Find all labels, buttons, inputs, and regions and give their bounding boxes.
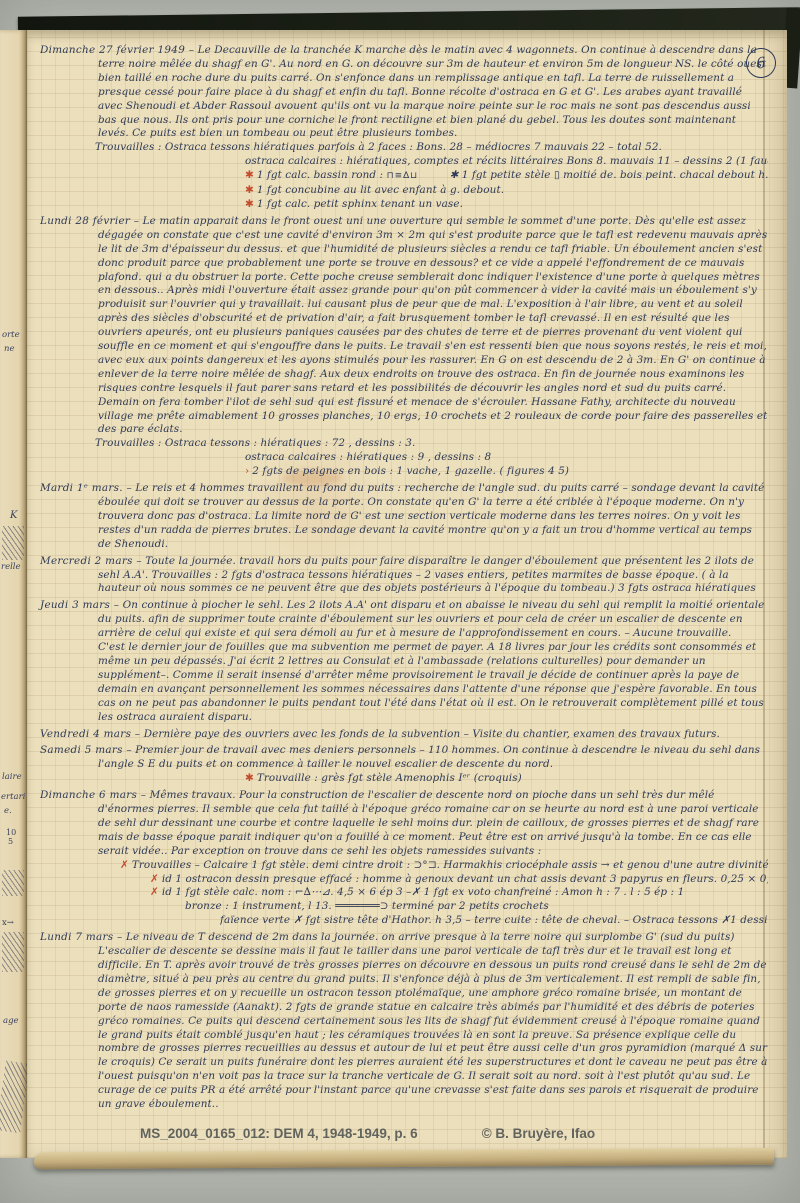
margin-fragment: laire	[2, 772, 22, 782]
entry-date: Dimanche 27 février 1949 –	[40, 44, 194, 56]
journal-entry: Dimanche 27 février 1949 – Le Decauville…	[40, 44, 768, 212]
entry-date: Mercredi 2 mars –	[40, 555, 142, 567]
page-stack-edge	[34, 1148, 774, 1170]
journal-entry: Samedi 5 mars – Premier jour de travail …	[40, 744, 768, 786]
finds-line: Trouvailles : Ostraca tessons : hiératiq…	[95, 437, 768, 451]
entry-date: Mardi 1ᵉ mars. –	[40, 482, 132, 494]
margin-fragment: relle	[1, 562, 21, 572]
margin-fragment: age	[3, 1016, 19, 1026]
journal-entry: Mercredi 2 mars – Toute la journée. trav…	[40, 555, 768, 597]
entry-date: Jeudi 3 mars –	[40, 599, 119, 611]
archive-watermark: MS_2004_0165_012: DEM 4, 1948-1949, p. 6…	[140, 1126, 700, 1141]
margin-sketch	[2, 526, 24, 560]
finds-line: ostraca calcaires : hiératiques : 9 , de…	[245, 451, 768, 465]
margin-fragment: ne	[4, 344, 15, 354]
entry-date: Samedi 5 mars –	[40, 744, 132, 756]
journal-entry: Lundi 28 février – Le matin apparait dan…	[40, 215, 768, 479]
finds-line: bronze : 1 instrument, l 13. ═══════⊃ te…	[185, 900, 768, 914]
finds-line: ›2 fgts de peignes en bois : 1 vache, 1 …	[245, 465, 768, 479]
finds-line: ✱1 fgt calc. bassin rond : ⊓≡∆⊔ ✱ 1 fgt …	[245, 169, 768, 184]
finds-line: ✱1 fgt concubine au lit avec enfant à g.…	[245, 184, 768, 198]
finds-line: ✱Trouvaille : grès fgt stèle Amenophis I…	[245, 772, 768, 786]
entry-paragraph: Jeudi 3 mars – On continue à piocher le …	[40, 599, 768, 641]
journal-text: Dimanche 27 février 1949 – Le Decauville…	[40, 44, 768, 1115]
entry-paragraph: Lundi 7 mars – Le niveau de T descend de…	[40, 931, 768, 1112]
entry-date: Lundi 28 février –	[40, 215, 139, 227]
margin-fragment: e.	[4, 806, 12, 816]
margin-sketch	[2, 870, 24, 896]
red-mark: ✱	[245, 198, 254, 210]
margin-fragment: ertari	[1, 792, 25, 802]
entry-paragraph: Samedi 5 mars – Premier jour de travail …	[40, 744, 768, 772]
notebook-photo: orte ne K relle laire ertari e. 10 5 x→ …	[0, 0, 800, 1203]
watermark-copyright: © B. Bruyère, Ifao	[482, 1126, 595, 1141]
entry-paragraph: Lundi 28 février – Le matin apparait dan…	[40, 215, 768, 438]
entry-date: Lundi 7 mars –	[40, 931, 123, 943]
finds-line: ✗id 1 fgt stèle calc. nom : ⌐∆⋯⊿. 4,5 × …	[150, 886, 768, 900]
margin-fragment: x→	[2, 918, 14, 928]
red-mark: ✱	[245, 169, 254, 181]
red-mark: ✗	[150, 873, 159, 885]
finds-line: ✱1 fgt calc. petit sphinx tenant un vase…	[245, 198, 768, 212]
entry-paragraph: Dimanche 27 février 1949 – Le Decauville…	[40, 44, 768, 141]
margin-sketch	[0, 1061, 30, 1134]
journal-entry: Lundi 7 mars – Le niveau de T descend de…	[40, 931, 768, 1112]
journal-entry: Vendredi 4 mars – Dernière paye des ouvr…	[40, 728, 768, 742]
margin-fragment: orte	[2, 330, 20, 340]
entry-paragraph: C'est le dernier jour de fouilles que ma…	[40, 641, 768, 724]
entry-paragraph: Dimanche 6 mars – Mêmes travaux. Pour la…	[40, 789, 768, 859]
entry-date: Dimanche 6 mars –	[40, 789, 146, 801]
journal-entry: Mardi 1ᵉ mars. – Le reis et 4 hommes tra…	[40, 482, 768, 552]
margin-fragment: K	[10, 510, 17, 521]
finds-line: ✗id 1 ostracon dessin presque effacé : h…	[150, 873, 768, 887]
margin-fragment: 10	[6, 828, 16, 837]
red-mark: ✗	[150, 886, 159, 898]
red-mark: ›	[245, 465, 249, 477]
entry-date: Vendredi 4 mars –	[40, 728, 140, 740]
margin-sketch	[2, 932, 24, 972]
previous-page-edge: orte ne K relle laire ertari e. 10 5 x→ …	[0, 30, 27, 1158]
margin-fragment: 5	[8, 837, 13, 846]
journal-entry: Dimanche 6 mars – Mêmes travaux. Pour la…	[40, 789, 768, 928]
hieroglyph-sketch: ⊓≡∆⊔	[387, 171, 419, 181]
entry-paragraph: Mercredi 2 mars – Toute la journée. trav…	[40, 555, 768, 597]
finds-line: Trouvailles : Ostraca tessons hiératique…	[95, 141, 768, 155]
finds-line: ✗Trouvailles – Calcaire 1 fgt stèle. dem…	[120, 859, 768, 873]
red-mark: ✱	[245, 184, 254, 196]
entry-paragraph: Mardi 1ᵉ mars. – Le reis et 4 hommes tra…	[40, 482, 768, 552]
finds-line: faïence verte ✗ fgt sistre tête d'Hathor…	[220, 914, 768, 928]
journal-entry: Jeudi 3 mars – On continue à piocher le …	[40, 599, 768, 724]
watermark-reference: MS_2004_0165_012: DEM 4, 1948-1949, p. 6	[140, 1126, 418, 1141]
finds-line: ostraca calcaires : hiératiques, comptes…	[245, 155, 768, 169]
entry-paragraph: Vendredi 4 mars – Dernière paye des ouvr…	[40, 728, 768, 742]
red-mark: ✗	[120, 859, 129, 871]
red-mark: ✱	[245, 772, 254, 784]
